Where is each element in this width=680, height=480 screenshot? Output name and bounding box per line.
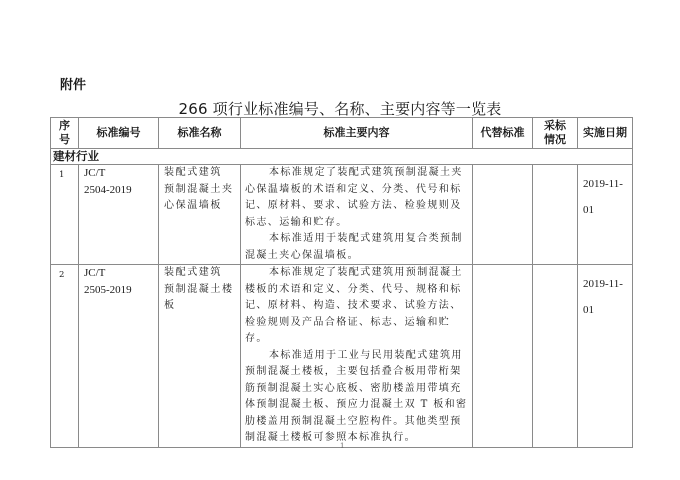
code-number: 2505-2019 bbox=[84, 282, 158, 299]
row-code: JC/T 2504-2019 bbox=[79, 165, 159, 265]
category-row: 建材行业 bbox=[51, 149, 633, 165]
date-part2: 01 bbox=[583, 297, 632, 323]
document-title: 266 项行业标准编号、名称、主要内容等一览表 bbox=[0, 98, 680, 119]
header-adoption: 采标情况 bbox=[533, 118, 578, 149]
row-adoption bbox=[533, 265, 578, 448]
row-seq: 2 bbox=[51, 265, 79, 448]
table-header-row: 序号 标准编号 标准名称 标准主要内容 代替标准 采标情况 实施日期 bbox=[51, 118, 633, 149]
table-row: 2 JC/T 2505-2019 装配式建筑 预制混凝土楼板 本标准规定了装配式… bbox=[51, 265, 633, 448]
row-name: 装配式建筑 预制混凝土楼板 bbox=[159, 265, 241, 448]
date-part2: 01 bbox=[583, 197, 632, 223]
row-replaced bbox=[473, 165, 533, 265]
content-scope: 本标准规定了装配式建筑预制混凝土夹心保温墙板的术语和定义、分类、代号和标记、原材… bbox=[245, 165, 468, 231]
content-applicability: 本标准适用于工业与民用装配式建筑用预制混凝土楼板，主要包括叠合板用带桁架筋预制混… bbox=[245, 348, 468, 447]
date-part1: 2019-11- bbox=[583, 271, 632, 297]
code-prefix: JC/T bbox=[84, 165, 158, 182]
header-code: 标准编号 bbox=[79, 118, 159, 149]
standards-table: 序号 标准编号 标准名称 标准主要内容 代替标准 采标情况 实施日期 建材行业 … bbox=[50, 117, 633, 448]
table-row: 1 JC/T 2504-2019 装配式建筑 预制混凝土夹心保温墙板 本标准规定… bbox=[51, 165, 633, 265]
header-date: 实施日期 bbox=[578, 118, 633, 149]
row-content: 本标准规定了装配式建筑预制混凝土夹心保温墙板的术语和定义、分类、代号和标记、原材… bbox=[241, 165, 473, 265]
code-number: 2504-2019 bbox=[84, 182, 158, 199]
header-replaced: 代替标准 bbox=[473, 118, 533, 149]
page-number: 1 bbox=[340, 442, 344, 450]
date-part1: 2019-11- bbox=[583, 171, 632, 197]
header-name: 标准名称 bbox=[159, 118, 241, 149]
category-label: 建材行业 bbox=[51, 149, 633, 165]
row-adoption bbox=[533, 165, 578, 265]
row-seq: 1 bbox=[51, 165, 79, 265]
header-seq: 序号 bbox=[51, 118, 79, 149]
row-replaced bbox=[473, 265, 533, 448]
row-date: 2019-11- 01 bbox=[578, 265, 633, 448]
header-content: 标准主要内容 bbox=[241, 118, 473, 149]
content-scope: 本标准规定了装配式建筑用预制混凝土楼板的术语和定义、分类、代号、规格和标记、原材… bbox=[245, 265, 468, 348]
row-date: 2019-11- 01 bbox=[578, 165, 633, 265]
row-content: 本标准规定了装配式建筑用预制混凝土楼板的术语和定义、分类、代号、规格和标记、原材… bbox=[241, 265, 473, 448]
content-applicability: 本标准适用于装配式建筑用复合类预制混凝土夹心保温墙板。 bbox=[245, 231, 468, 264]
code-prefix: JC/T bbox=[84, 265, 158, 282]
row-code: JC/T 2505-2019 bbox=[79, 265, 159, 448]
attachment-label: 附件 bbox=[60, 74, 86, 93]
row-name: 装配式建筑 预制混凝土夹心保温墙板 bbox=[159, 165, 241, 265]
